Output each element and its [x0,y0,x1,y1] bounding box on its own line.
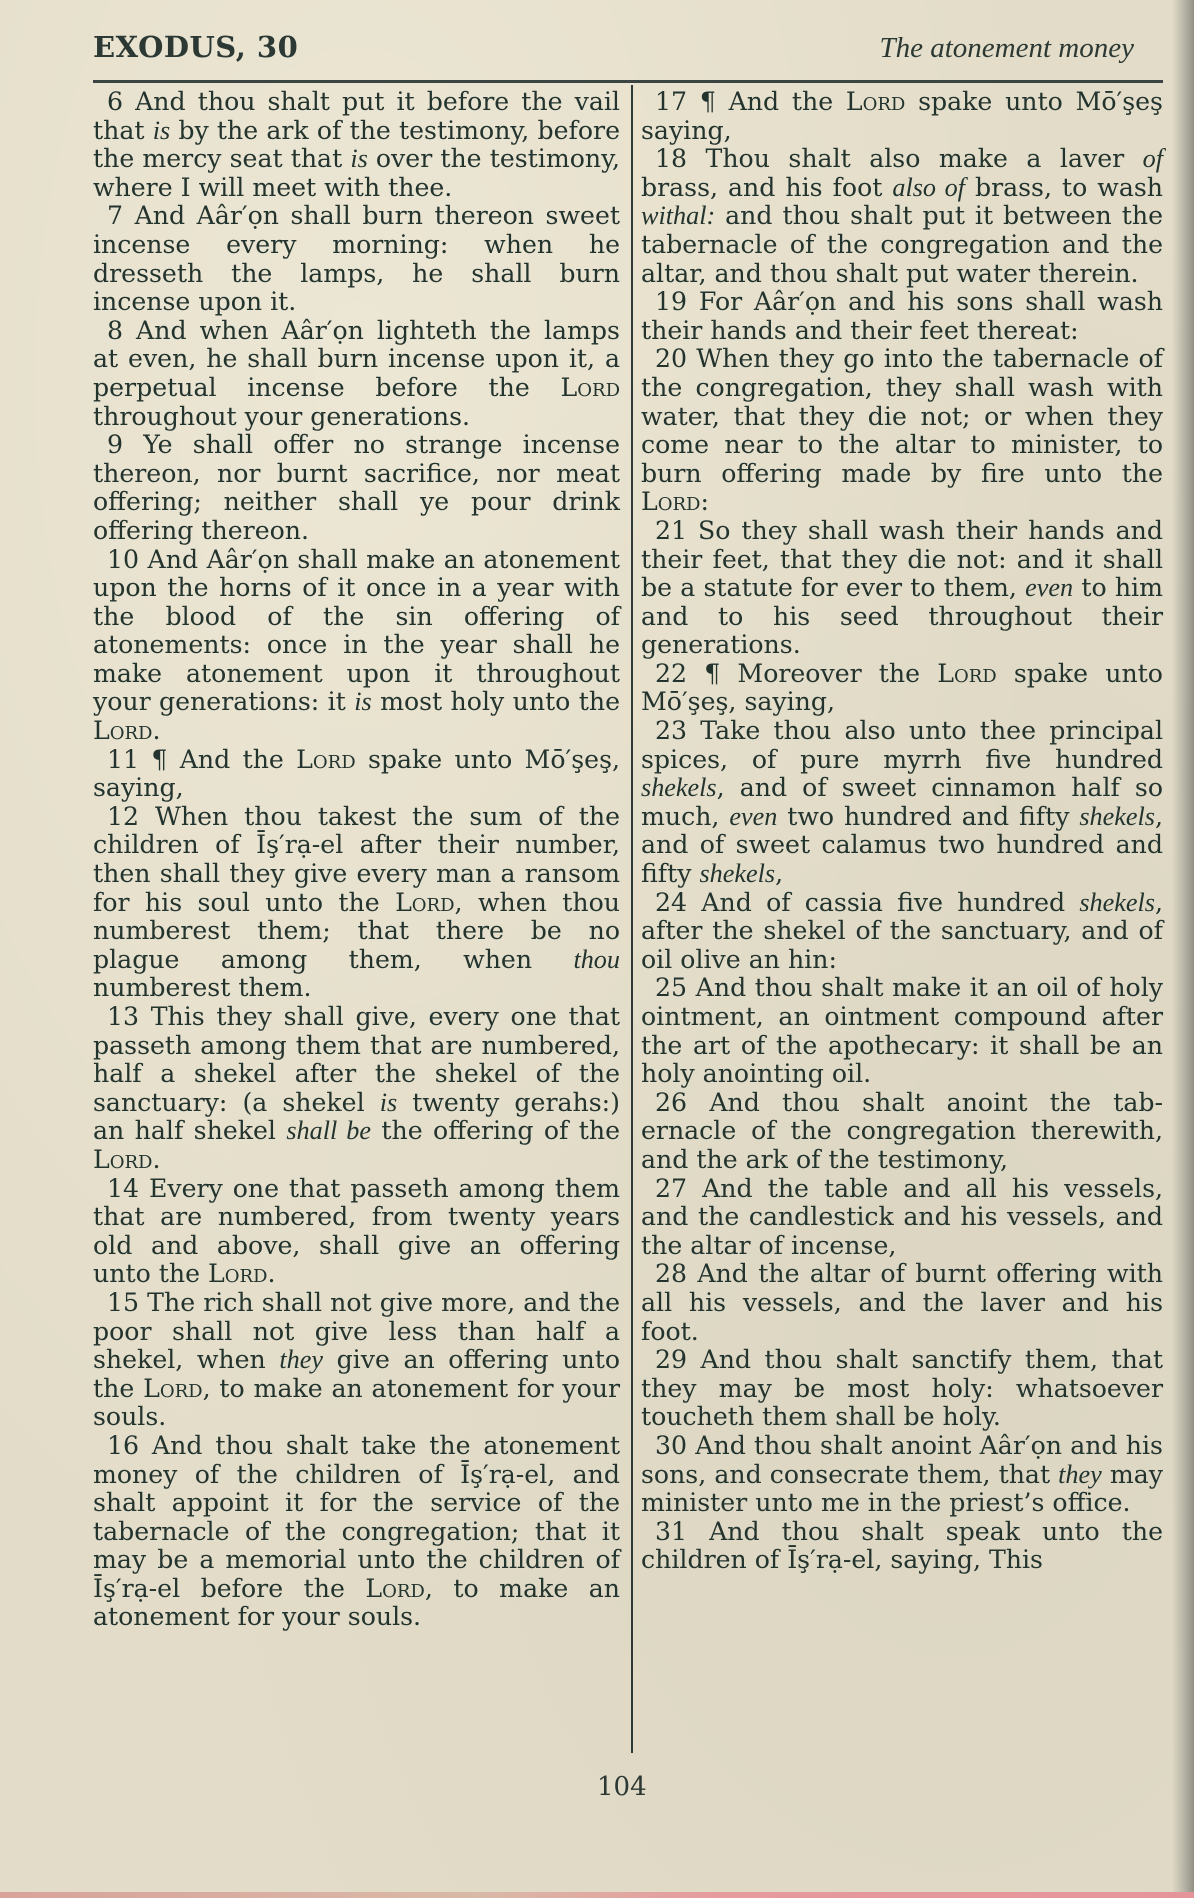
verse-20: 20 When they go into the taber­nacle of … [641,345,1163,517]
divine-name: Lord [937,659,996,688]
italic-supplied-word: even [1025,573,1073,602]
verse-21: 21 So they shall wash their hands and th… [641,517,1163,660]
verse-10: 10 And Aâr′ọn shall make an atonement up… [93,546,620,746]
verse-text: Ye shall offer no strange incense thereo… [93,430,620,545]
verse-text: . [152,1145,160,1174]
gutter-shadow [1172,0,1194,1898]
verse-number: 14 [107,1174,149,1203]
divine-name: Lord [93,716,152,745]
verse-13: 13 This they shall give, every one that … [93,1003,620,1175]
verse-text: . [267,1259,275,1288]
verse-number: 10 [107,545,148,574]
verse-number: 9 [107,430,143,459]
verse-number: 7 [107,201,135,230]
verse-number: 23 [655,716,700,745]
column-divider [631,85,633,1753]
verse-text: and thou shalt put it between the tabern… [641,201,1163,287]
verse-text: brass, to wash [965,173,1163,202]
italic-supplied-word: shekels [1079,802,1155,831]
italic-supplied-word: shall be [286,1116,371,1145]
verse-number: 19 [655,287,699,316]
italic-supplied-word: even [729,802,777,831]
verse-31: 31 And thou shalt speak unto the childre… [641,1518,1163,1575]
verse-16: 16 And thou shalt take the atone­ment mo… [93,1432,620,1632]
verse-number: 11 [107,745,151,774]
verse-text: And when Aâr′ọn lighteth the lamps at ev… [93,316,620,402]
verse-14: 14 Every one that passeth among them tha… [93,1175,620,1289]
verse-text: And Aâr′ọn shall burn thereon sweet ince… [93,201,620,316]
italic-supplied-word: shekels [641,773,717,802]
verse-23: 23 Take thou also unto thee prin­cipal s… [641,717,1163,889]
verse-11: 11 ¶ And the Lord spake unto Mō′şeş, say… [93,746,620,803]
verse-number: 18 [655,144,706,173]
verse-text: two hun­dred and fifty [777,802,1079,831]
verse-29: 29 And thou shalt sanctify them, that th… [641,1346,1163,1432]
verse-15: 15 The rich shall not give more, and the… [93,1289,620,1432]
verse-8: 8 And when Aâr′ọn lighteth the lamps at … [93,317,620,431]
verse-text: Moreover the [737,659,937,688]
divine-name: Lord [208,1259,267,1288]
verse-number: 12 [107,802,155,831]
verse-number: 13 [107,1002,151,1031]
italic-supplied-word: withal: [641,201,715,230]
italic-supplied-word: of [1143,144,1163,173]
divine-name: Lord [561,373,620,402]
verse-number: 22 [655,659,704,688]
italic-supplied-word: thou [573,945,620,974]
italic-supplied-word: shekels [699,859,775,888]
verse-number: 20 [655,344,696,373]
divine-name: Lord [395,888,454,917]
verse-text: the offering of the [371,1116,620,1145]
verse-text: And thou shalt speak unto the children o… [641,1517,1163,1575]
italic-supplied-word: is [350,144,367,173]
verse-text: : [700,487,709,516]
verse-number: 16 [107,1431,152,1460]
verse-6: 6 And thou shalt put it before the vail … [93,88,620,202]
italic-supplied-word: they [1058,1460,1102,1489]
verse-number: 24 [655,888,701,917]
verse-number: 25 [655,973,696,1002]
verse-number: 8 [107,316,136,345]
verse-25: 25 And thou shalt make it an oil of holy… [641,974,1163,1088]
verse-text: And the table and all his ves­sels, and … [641,1174,1163,1260]
verse-text: brass, and his foot [641,173,892,202]
italic-supplied-word: shekels [1079,888,1155,917]
verse-text: Thou shalt also make a laver [706,144,1143,173]
left-column: 6 And thou shalt put it before the vail … [93,88,620,1632]
verse-number: 28 [655,1259,697,1288]
verse-number: 6 [107,87,135,116]
page-number: 104 [597,1772,647,1802]
verse-text: And of cassia five hundred [701,888,1079,917]
verse-27: 27 And the table and all his ves­sels, a… [641,1175,1163,1261]
verse-text: And thou shalt anoint the tab­ernacle of… [641,1088,1163,1174]
italic-supplied-word: is [354,687,371,716]
verse-number: 30 [655,1431,695,1460]
verse-number: 29 [655,1345,701,1374]
verse-text: most holy unto the [372,687,620,716]
divine-name: Lord [365,1574,424,1603]
verse-number: 15 [107,1288,147,1317]
verse-text: And the [729,87,846,116]
divine-name: Lord [296,745,355,774]
paragraph-mark-icon: ¶ [700,87,729,116]
verse-number: 21 [655,516,698,545]
book-chapter-heading: EXODUS, 30 [93,30,298,64]
divine-name: Lord [846,87,905,116]
verse-9: 9 Ye shall offer no strange incense ther… [93,431,620,545]
verse-number: 31 [655,1517,709,1546]
italic-supplied-word: also of [892,173,965,202]
verse-text: When they go into the taber­nacle of the… [641,344,1163,487]
verse-text: Take thou also unto thee prin­cipal spic… [641,716,1163,774]
italic-supplied-word: they [279,1345,323,1374]
verse-24: 24 And of cassia five hundred shekels, a… [641,889,1163,975]
verse-text: , [775,859,783,888]
verse-text: And the [180,745,296,774]
header-rule [93,80,1163,83]
italic-supplied-word: is [153,116,170,145]
verse-text: . [152,716,160,745]
verse-26: 26 And thou shalt anoint the tab­ernacle… [641,1089,1163,1175]
right-column: 17 ¶ And the Lord spake unto Mō′şeş sayi… [641,88,1163,1575]
verse-number: 27 [655,1174,702,1203]
verse-number: 17 [655,87,700,116]
verse-17: 17 ¶ And the Lord spake unto Mō′şeş sayi… [641,88,1163,145]
topic-heading: The atonement money [880,32,1135,65]
verse-text: Every one that passeth among them that a… [93,1174,620,1289]
paragraph-mark-icon: ¶ [704,659,737,688]
verse-text: numberest them. [93,973,312,1002]
verse-19: 19 For Aâr′ọn and his sons shall wash th… [641,288,1163,345]
verse-text: throughout your generations. [93,402,470,431]
verse-30: 30 And thou shalt anoint Aâr′ọn and his … [641,1432,1163,1518]
verse-7: 7 And Aâr′ọn shall burn thereon sweet in… [93,202,620,316]
running-head: EXODUS, 30 The atonement money [93,30,1164,66]
verse-18: 18 Thou shalt also make a laver of brass… [641,145,1163,288]
verse-28: 28 And the altar of burnt offering with … [641,1260,1163,1346]
verse-22: 22 ¶ Moreover the Lord spake unto Mō′şeş… [641,660,1163,717]
verse-text: And thou shalt make it an oil of holy oi… [641,973,1163,1088]
verse-12: 12 When thou takest the sum of the child… [93,803,620,1003]
divine-name: Lord [93,1145,152,1174]
italic-supplied-word: is [380,1088,397,1117]
verse-text: For Aâr′ọn and his sons shall wash their… [641,287,1163,345]
verse-text: And the altar of burnt offering with all… [641,1259,1163,1345]
paragraph-mark-icon: ¶ [151,745,179,774]
verse-number: 26 [655,1088,709,1117]
divine-name: Lord [143,1374,202,1403]
divine-name: Lord [641,487,700,516]
verse-text: And thou shalt sanctify them, that they … [641,1345,1163,1431]
page-edge [0,1892,1194,1898]
